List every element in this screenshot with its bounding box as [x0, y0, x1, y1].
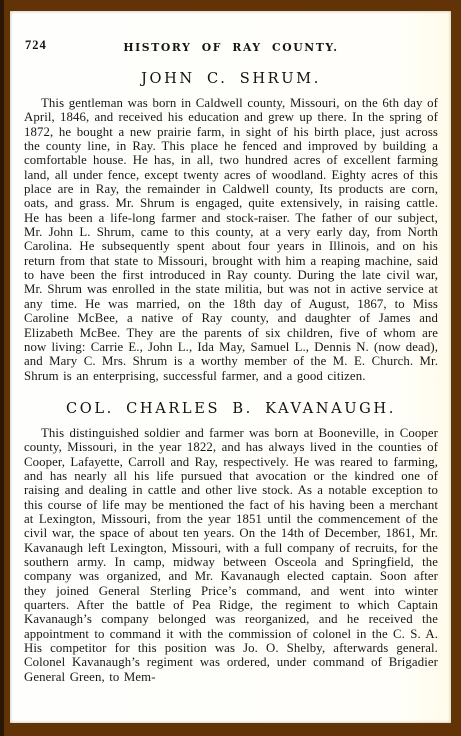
running-title: HISTORY OF RAY COUNTY. [123, 41, 338, 54]
section-heading-shrum: JOHN C. SHRUM. [24, 70, 438, 87]
section-paragraph-kavanaugh: This distinguished soldier and farmer wa… [24, 426, 438, 684]
page-number: 724 [25, 38, 47, 53]
scan-edge-shadow [0, 0, 4, 736]
page-content: 724 HISTORY OF RAY COUNTY. JOHN C. SHRUM… [24, 38, 438, 723]
section-paragraph-shrum: This gentleman was born in Caldwell coun… [24, 96, 438, 383]
section-heading-kavanaugh: COL. CHARLES B. KAVANAUGH. [24, 400, 438, 417]
book-page: 724 HISTORY OF RAY COUNTY. JOHN C. SHRUM… [10, 11, 451, 723]
running-head: 724 HISTORY OF RAY COUNTY. [24, 38, 438, 52]
scanned-book-page: { "page": { "page_number": "724", "runni… [0, 0, 461, 736]
